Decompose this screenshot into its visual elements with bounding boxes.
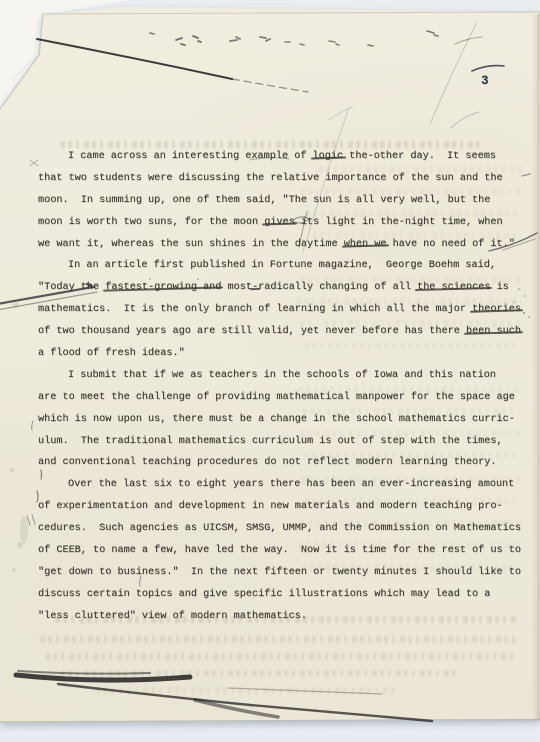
paragraph-4-line-1: Over the last six to eight years there h…: [38, 474, 524, 496]
bleedthrough-line: [60, 670, 460, 677]
paragraph-3-line-5: and conventional teaching procedures do …: [38, 452, 524, 474]
paragraph-2-line-4: of two thousand years ago are still vali…: [38, 321, 524, 343]
pencil-strikethrough: -: [252, 282, 258, 293]
paragraph-4-line-2: of experimentation and development in ne…: [38, 496, 524, 518]
pencil-strikethrough: theories: [472, 304, 521, 315]
pencil-strikethrough: when we: [344, 239, 387, 250]
paragraph-3-line-1: I submit that if we as teachers in the s…: [38, 365, 524, 387]
paragraph-4-line-7: "less cluttered" view of modern mathemat…: [38, 606, 524, 628]
document-page: 3: [0, 0, 540, 742]
pencil-strikethrough: logic: [313, 151, 344, 162]
paragraph-4-line-5: "get down to business." In the next fift…: [38, 562, 524, 584]
paragraph-4-line-6: discuss certain topics and give specific…: [38, 584, 524, 606]
pencil-strikethrough: fastest-growing and: [105, 282, 221, 293]
pencil-strikethrough: the sciences: [417, 282, 490, 293]
pencil-strikethrough: gives: [264, 217, 295, 228]
paragraph-1-line-5: we want it, whereas the sun shines in th…: [38, 234, 524, 256]
paragraph-3-line-3: which is now upon us, there must be a ch…: [38, 409, 524, 431]
paragraph-1-line-1: I came across an interesting example of …: [38, 146, 524, 168]
bleedthrough-line: [45, 653, 515, 660]
paragraph-2-line-5: a flood of fresh ideas.": [38, 343, 524, 365]
paragraph-2-line-2: "Today the fastest-growing and most-radi…: [38, 277, 524, 299]
bleedthrough-line: [40, 636, 520, 643]
page-number: 3: [481, 74, 489, 88]
scanned-document: 3: [0, 0, 540, 742]
paragraph-1-line-3: moon. In summing up, one of them said, "…: [38, 190, 524, 212]
paragraph-1-line-2: that two students were discussing the re…: [38, 168, 524, 190]
paragraph-1-line-4: moon is worth two suns, for the moon giv…: [38, 212, 524, 234]
paragraph-4-line-3: cedures. Such agencies as UICSM, SMSG, U…: [38, 518, 524, 540]
page-shadow-wrapper: 3: [0, 0, 540, 742]
paragraph-3-line-2: are to meet the challenge of providing m…: [38, 387, 524, 409]
paragraph-4-line-4: of CEEB, to name a few, have led the way…: [38, 540, 524, 562]
typed-text: I came across an interesting example of …: [38, 146, 524, 628]
paragraph-2-line-1: In an article first published in Fortune…: [38, 255, 524, 277]
paragraph-3-line-4: ulum. The traditional mathematics curric…: [38, 431, 524, 453]
paragraph-2-line-3: mathematics. It is the only branch of le…: [38, 299, 524, 321]
bleedthrough-line: [95, 687, 395, 694]
pencil-strikethrough: been such: [466, 326, 521, 337]
